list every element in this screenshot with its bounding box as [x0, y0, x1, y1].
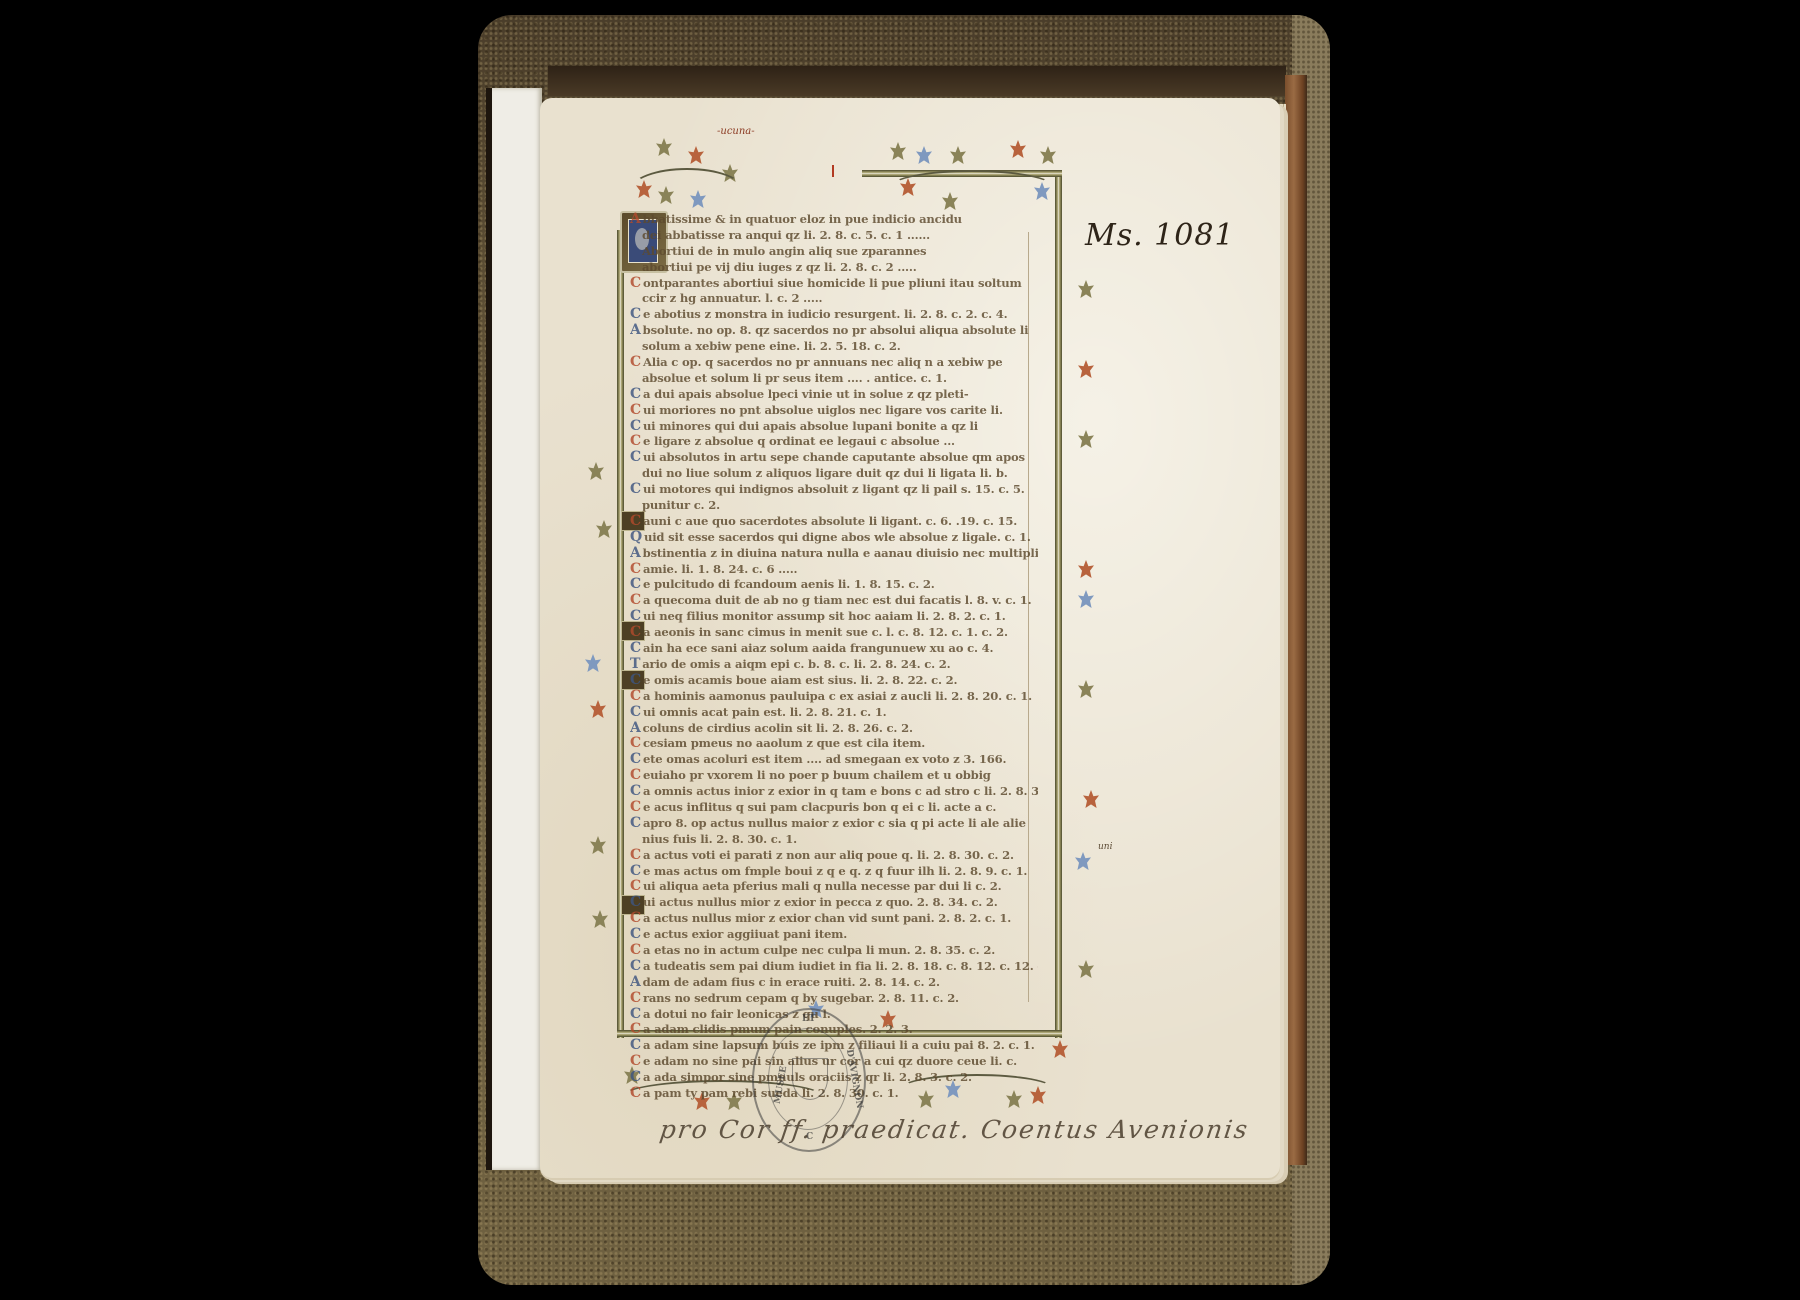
- rubricated-capital: C: [630, 1038, 641, 1053]
- manuscript-line: Ce actus exior aggiiuat pani item.: [630, 927, 1038, 943]
- line-text: a actus voti ei parati z non aur aliq po…: [643, 848, 1014, 862]
- line-text: cesiam pmeus no aaolum z que est cila it…: [643, 736, 925, 750]
- line-text: uid sit esse sacerdos qui digne abos wle…: [644, 530, 1031, 544]
- line-text: Alia c op. q sacerdos no pr annuans nec …: [643, 355, 1003, 369]
- manuscript-line: nius fuis li. 2. 8. 30. c. 1.: [630, 832, 1038, 848]
- line-text: dui no liue solum z aliquos ligare duit …: [642, 466, 1008, 480]
- manuscript-line: punitur c. 2.: [630, 498, 1038, 514]
- line-text: amie. li. 1. 8. 24. c. 6 .....: [643, 562, 797, 576]
- manuscript-line: Acoluns de cirdius acolin sit li. 2. 8. …: [630, 721, 1038, 737]
- rubricated-capital: C: [630, 673, 641, 688]
- manuscript-line: Cain ha ece sani aiaz solum aaida frangu…: [630, 641, 1038, 657]
- rubricated-capital: C: [630, 959, 641, 974]
- line-text: apro 8. op actus nullus maior z exior c …: [643, 816, 1026, 830]
- manuscript-line: Ca etas no in actum culpe nec culpa li m…: [630, 943, 1038, 959]
- line-text: nius fuis li. 2. 8. 30. c. 1.: [642, 832, 797, 846]
- manuscript-line: Ca tudeatis sem pai dium iudiet in fia l…: [630, 959, 1038, 975]
- line-text: a etas no in actum culpe nec culpa li mu…: [643, 943, 995, 957]
- line-text: dei abbatisse ra anqui qz li. 2. 8. c. 5…: [642, 228, 930, 242]
- manuscript-line: Cui omnis acat pain est. li. 2. 8. 21. c…: [630, 705, 1038, 721]
- manuscript-line: Ca aeonis in sanc cimus in menit sue c. …: [630, 625, 1038, 641]
- rubricated-capital: C: [630, 848, 641, 863]
- rubricated-capital: C: [630, 514, 641, 529]
- rubricated-capital: C: [630, 403, 641, 418]
- rubricated-capital: C: [630, 482, 641, 497]
- rubricated-capital: A: [630, 546, 641, 561]
- manuscript-line: Cui minores qui dui apais absolue lupani…: [630, 419, 1038, 435]
- manuscript-line: Ceuiaho pr vxorem li no poer p buum chai…: [630, 768, 1038, 784]
- manuscript-line: Ca hominis aamonus pauluipa c ex asiai z…: [630, 689, 1038, 705]
- manuscript-line: Ca omnis actus inior z exior in q tam e …: [630, 784, 1038, 800]
- line-text: rans no sedrum cepam q by sugebar. 2. 8.…: [643, 991, 959, 1005]
- rubricated-capital: A: [630, 721, 641, 736]
- rubricated-capital: C: [630, 387, 641, 402]
- manuscript-line: Capro 8. op actus nullus maior z exior c…: [630, 816, 1038, 832]
- manuscript-line: Ca actus voti ei parati z non aur aliq p…: [630, 848, 1038, 864]
- rubricated-capital: C: [630, 705, 641, 720]
- rubricated-capital: C: [630, 419, 641, 434]
- rubricated-capital: C: [630, 434, 641, 449]
- rubricated-capital: C: [630, 577, 641, 592]
- manuscript-line: Crans no sedrum cepam q by sugebar. 2. 8…: [630, 991, 1038, 1007]
- manuscript-line: Quid sit esse sacerdos qui digne abos wl…: [630, 530, 1038, 546]
- rubricated-capital: C: [630, 991, 641, 1006]
- rubricated-capital: C: [630, 752, 641, 767]
- line-text: a omnis actus inior z exior in q tam e b…: [643, 784, 1038, 798]
- line-text: solum a xebiw pene eine. li. 2. 5. 18. c…: [642, 339, 901, 353]
- line-text: bsolute. no op. 8. qz sacerdos no pr abs…: [643, 323, 1029, 337]
- rubricated-capital: A: [630, 212, 641, 227]
- rubricated-capital: C: [630, 625, 641, 640]
- manuscript-line: Cui absolutos in artu sepe chande caputa…: [630, 450, 1038, 466]
- manuscript-line: absolue et solum li pr seus item .... . …: [630, 371, 1038, 387]
- line-text: ario de omis a aiqm epi c. b. 8. c. li. …: [642, 657, 950, 671]
- rubricated-capital: Q: [630, 530, 642, 545]
- line-text: a hominis aamonus pauluipa c ex asiai z …: [643, 689, 1032, 703]
- line-text: ain ha ece sani aiaz solum aaida frangun…: [643, 641, 993, 655]
- manuscript-line: Abbatissime & in quatuor eloz in pue ind…: [630, 212, 1038, 228]
- catchword: -ucuna-: [717, 126, 755, 137]
- line-text: ontparantes abortiui siue homicide li pu…: [643, 276, 1022, 290]
- rubricated-capital: C: [630, 736, 641, 751]
- manuscript-line: Ca actus nullus mior z exior chan vid su…: [630, 911, 1038, 927]
- line-text: ui moriores no pnt absolue uiglos nec li…: [643, 403, 1003, 417]
- rubricated-capital: T: [630, 657, 640, 672]
- line-text: a actus nullus mior z exior chan vid sun…: [643, 911, 1011, 925]
- rubricated-capital: C: [630, 609, 641, 624]
- manuscript-line: dui no liue solum z aliquos ligare duit …: [630, 466, 1038, 482]
- manuscript-line: Adam de adam fius c in erace ruiti. 2. 8…: [630, 975, 1038, 991]
- manuscript-line: Absolute. no op. 8. qz sacerdos no pr ab…: [630, 323, 1038, 339]
- manuscript-line: Ca dui apais absolue lpeci vinie ut in s…: [630, 387, 1038, 403]
- manuscript-line: Ccesiam pmeus no aaolum z que est cila i…: [630, 736, 1038, 752]
- manuscript-line: Cauni c aue quo sacerdotes absolute li l…: [630, 514, 1038, 530]
- seal-text-right: D'AVIGNON: [844, 1049, 864, 1110]
- rubricated-capital: C: [630, 562, 641, 577]
- line-text: ui omnis acat pain est. li. 2. 8. 21. c.…: [643, 705, 887, 719]
- rubricated-capital: C: [630, 1070, 641, 1085]
- line-text: e actus exior aggiiuat pani item.: [643, 927, 847, 941]
- manuscript-line: Abstinentia z in diuina natura nulla e a…: [630, 546, 1038, 562]
- manuscript-line: Cui motores qui indignos absoluit z liga…: [630, 482, 1038, 498]
- line-text: dam de adam fius c in erace ruiti. 2. 8.…: [643, 975, 940, 989]
- rubricated-capital: C: [630, 816, 641, 831]
- rubricated-capital: C: [630, 943, 641, 958]
- manuscript-line: Cui moriores no pnt absolue uiglos nec l…: [630, 403, 1038, 419]
- leather-binding-edge: [1285, 75, 1307, 1165]
- rubricated-capital: C: [630, 450, 641, 465]
- line-text: ui absolutos in artu sepe chande caputan…: [643, 450, 1025, 464]
- rubricated-capital: C: [630, 641, 641, 656]
- line-text: auni c aue quo sacerdotes absolute li li…: [643, 514, 1017, 528]
- line-text: ccir z hg annuatur. l. c. 2 .....: [642, 291, 822, 305]
- line-text: e ligare z absolue q ordinat ee legaui c…: [643, 434, 955, 448]
- line-text: e abotius z monstra in iudicio resurgent…: [643, 307, 1008, 321]
- text-column: Abbatissime & in quatuor eloz in pue ind…: [630, 212, 1038, 1102]
- manuscript-line: Ce abotius z monstra in iudicio resurgen…: [630, 307, 1038, 323]
- line-text: bstinentia z in diuina natura nulla e aa…: [643, 546, 1038, 560]
- line-text: ui actus nullus mior z exior in pecca z …: [643, 895, 998, 909]
- manuscript-line: Cui neq filius monitor assump sit hoc aa…: [630, 609, 1038, 625]
- line-text: a quecoma duit de ab no g tiam nec est d…: [643, 593, 1032, 607]
- rubricated-capital: C: [630, 1022, 641, 1037]
- rubricated-capital: C: [630, 307, 641, 322]
- rubricated-capital: C: [630, 1007, 641, 1022]
- rubricated-capital: C: [630, 879, 641, 894]
- border-right: [1055, 170, 1062, 1038]
- shelfmark: Ms. 1081: [1085, 218, 1235, 253]
- line-text: e pulcitudo di fcandoum aenis li. 1. 8. …: [643, 577, 935, 591]
- rubricated-capital: C: [630, 800, 641, 815]
- manuscript-line: ccir z hg annuatur. l. c. 2 .....: [630, 291, 1038, 307]
- line-text: e acus inflitus q sui pam clacpuris bon …: [643, 800, 996, 814]
- manuscript-line: Cui actus nullus mior z exior in pecca z…: [630, 895, 1038, 911]
- line-text: punitur c. 2.: [642, 498, 720, 512]
- manuscript-line: Ce ligare z absolue q ordinat ee legaui …: [630, 434, 1038, 450]
- rubricated-capital: C: [630, 911, 641, 926]
- manuscript-line: Camie. li. 1. 8. 24. c. 6 .....: [630, 562, 1038, 578]
- seal-text-left: MUSEE: [773, 1065, 789, 1104]
- manuscript-line: dei abbatisse ra anqui qz li. 2. 8. c. 5…: [630, 228, 1038, 244]
- line-text: Abortiui de in mulo angin aliq sue zpara…: [642, 244, 926, 258]
- manuscript-line: Ce pulcitudo di fcandoum aenis li. 1. 8.…: [630, 577, 1038, 593]
- line-text: coluns de cirdius acolin sit li. 2. 8. 2…: [643, 721, 913, 735]
- line-text: ui motores qui indignos absoluit z ligan…: [643, 482, 1025, 496]
- rubricated-capital: C: [630, 768, 641, 783]
- manuscript-line: Ce omis acamis boue aiam est sius. li. 2…: [630, 673, 1038, 689]
- top-gutter-shadow: [548, 66, 1286, 96]
- line-text: ete omas acoluri est item .... ad smegaa…: [643, 752, 1006, 766]
- manuscript-line: CAlia c op. q sacerdos no pr annuans nec…: [630, 355, 1038, 371]
- manuscript-line: abortiui pe vij diu iuges z qz li. 2. 8.…: [630, 260, 1038, 276]
- rubricated-capital: C: [630, 784, 641, 799]
- rubricated-capital: C: [630, 864, 641, 879]
- line-text: absolue et solum li pr seus item .... . …: [642, 371, 947, 385]
- rubricated-capital: C: [630, 355, 641, 370]
- rubricated-capital: C: [630, 895, 641, 910]
- rubricated-capital: C: [630, 593, 641, 608]
- rubricated-capital: C: [630, 1054, 641, 1069]
- line-text: ui neq filius monitor assump sit hoc aai…: [643, 609, 1006, 623]
- manuscript-line: Cui aliqua aeta pferius mali q nulla nec…: [630, 879, 1038, 895]
- coat-of-arms-icon: [792, 1058, 828, 1100]
- line-text: ui aliqua aeta pferius mali q nulla nece…: [643, 879, 1002, 893]
- rubricated-capital: A: [630, 975, 641, 990]
- line-text: a tudeatis sem pai dium iudiet in fia li…: [643, 959, 1038, 973]
- line-text: a dui apais absolue lpeci vinie ut in so…: [643, 387, 969, 401]
- rubricated-capital: C: [630, 1086, 641, 1101]
- line-text: abortiui pe vij diu iuges z qz li. 2. 8.…: [642, 260, 917, 274]
- line-text: a aeonis in sanc cimus in menit sue c. l…: [643, 625, 1008, 639]
- manuscript-line: Tario de omis a aiqm epi c. b. 8. c. li.…: [630, 657, 1038, 673]
- manuscript-line: Ce mas actus om fmple boui z q e q. z q …: [630, 864, 1038, 880]
- rubricated-capital: A: [630, 323, 641, 338]
- line-text: e mas actus om fmple boui z q e q. z q f…: [643, 864, 1027, 878]
- ownership-inscription: pro Cor ff. praedicat. Coentus Avenionis: [658, 1115, 1251, 1144]
- manuscript-line: solum a xebiw pene eine. li. 2. 5. 18. c…: [630, 339, 1038, 355]
- rubricated-capital: C: [630, 276, 641, 291]
- seal-text-top: ET: [802, 1014, 816, 1024]
- line-text: e omis acamis boue aiam est sius. li. 2.…: [643, 673, 957, 687]
- line-text: euiaho pr vxorem li no poer p buum chail…: [643, 768, 991, 782]
- line-text: bbatissime & in quatuor eloz in pue indi…: [643, 212, 962, 226]
- rubricated-capital: C: [630, 689, 641, 704]
- manuscript-line: Abortiui de in mulo angin aliq sue zpara…: [630, 244, 1038, 260]
- manuscript-line: Contparantes abortiui siue homicide li p…: [630, 276, 1038, 292]
- margin-note: uni: [1098, 842, 1112, 852]
- manuscript-line: Ce acus inflitus q sui pam clacpuris bon…: [630, 800, 1038, 816]
- rubricated-capital: C: [630, 927, 641, 942]
- flyleaf: [492, 88, 542, 1170]
- manuscript-line: Cete omas acoluri est item .... ad smega…: [630, 752, 1038, 768]
- manuscript-line: Ca quecoma duit de ab no g tiam nec est …: [630, 593, 1038, 609]
- line-text: ui minores qui dui apais absolue lupani …: [643, 419, 978, 433]
